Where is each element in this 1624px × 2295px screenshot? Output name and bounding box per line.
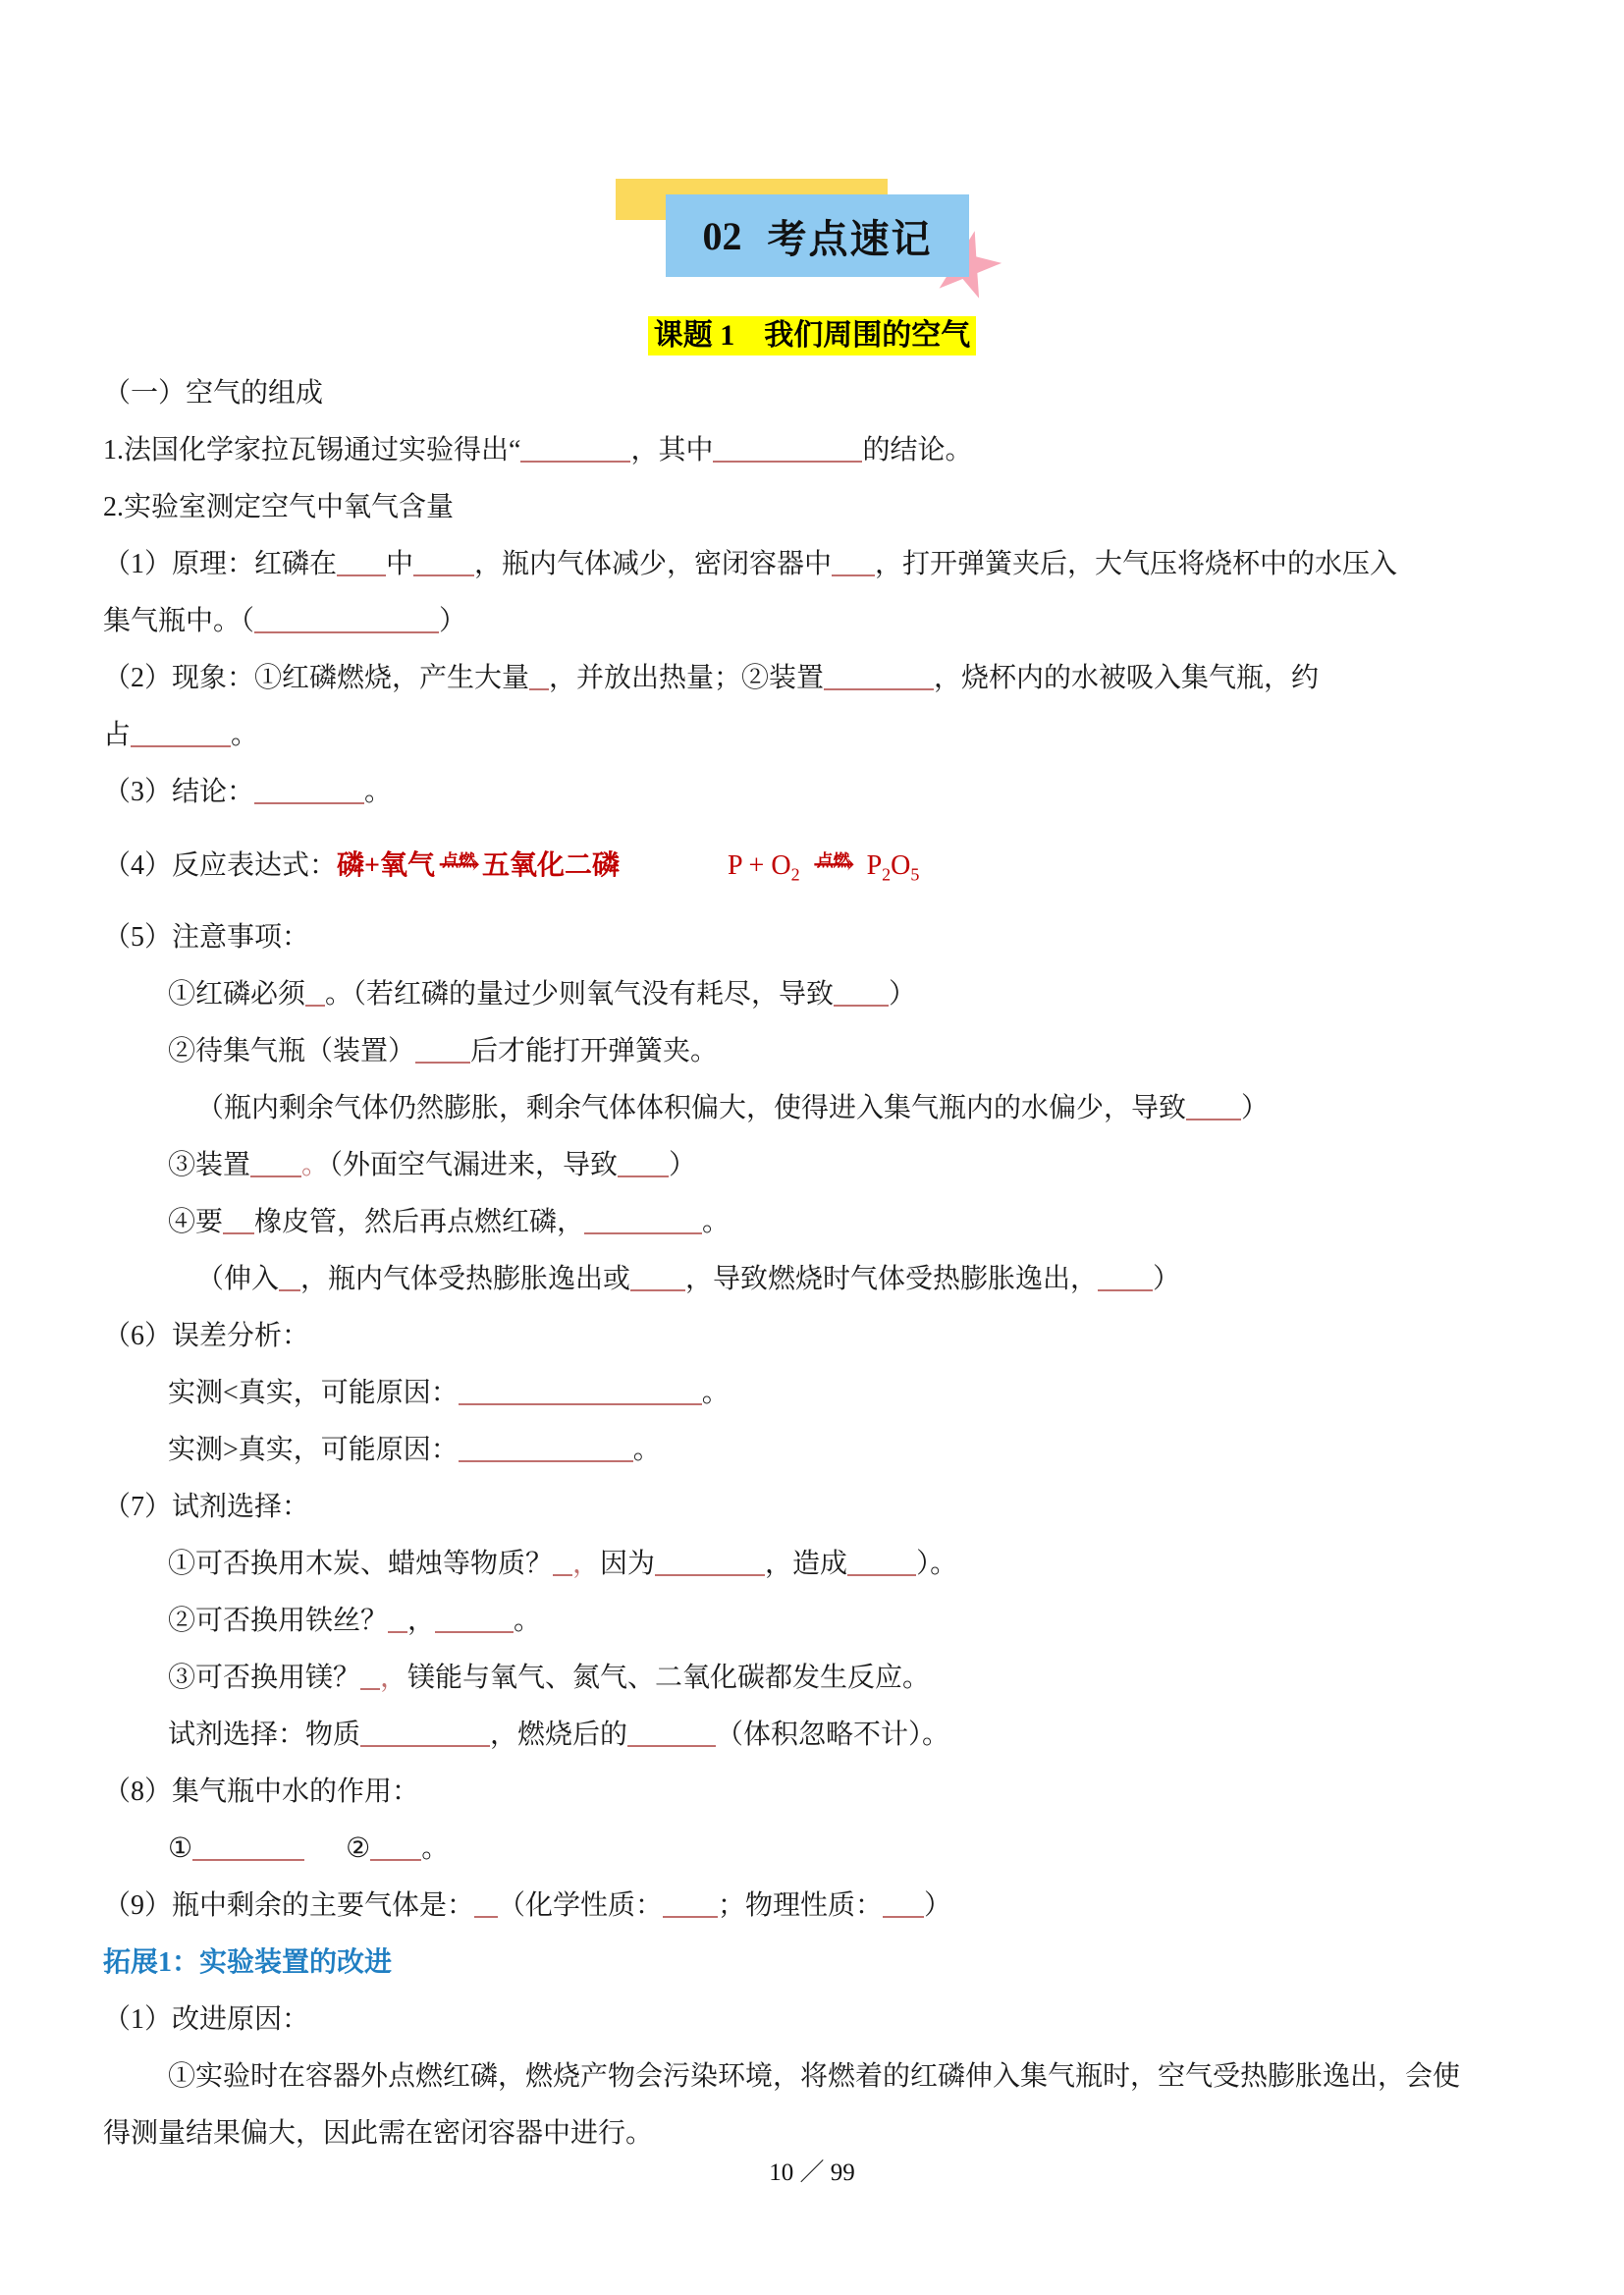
fill-in-blank [254, 773, 364, 804]
fill-in-blank [388, 1602, 407, 1633]
line-text: 实测<真实，可能原因： [168, 1378, 459, 1408]
content-line: （9）瓶中剩余的主要气体是：（化学性质：；物理性质：） [103, 1878, 1551, 1935]
line-text: ， [572, 1549, 600, 1579]
content-line: 1.法国化学家拉瓦锡通过实验得出“，其中的结论。 [103, 422, 1551, 479]
fill-in-blank [655, 1545, 765, 1576]
lesson-title: 课题 1 我们周围的空气 [648, 316, 977, 355]
content-line: 实测<真实，可能原因：。 [103, 1365, 1551, 1422]
line-text: （1）改进原因： [103, 2004, 309, 2035]
content-line: ①②。 [103, 1821, 1551, 1878]
line-text: ） [1153, 1264, 1180, 1294]
line-text: （7）试剂选择： [103, 1492, 309, 1522]
line-text: ） [439, 606, 466, 636]
chemical-subscript: 5 [910, 865, 919, 885]
line-text: （体积忽略不计）。 [716, 1720, 949, 1750]
line-text: ） [1241, 1093, 1269, 1123]
line-text: （1）原理：红磷在 [103, 549, 337, 579]
line-text: ，导致燃烧时气体受热膨胀逸出， [685, 1264, 1098, 1294]
content-line: （2）现象：①红磷燃烧，产生大量，并放出热量；②装置，烧杯内的水被吸入集气瓶，约 [103, 650, 1551, 707]
content-line: ①可否换用木炭、蜡烛等物质？，因为，造成）。 [103, 1536, 1551, 1593]
fill-in-blank [713, 431, 862, 463]
line-text: ②待集气瓶（装置） [168, 1036, 415, 1066]
line-text: 中 [386, 549, 413, 579]
fill-in-blank [360, 1716, 490, 1747]
line-text: ，瓶内气体减少，密闭容器中 [474, 549, 832, 579]
fill-in-blank [529, 659, 549, 690]
line-text: 。 [364, 777, 392, 807]
line-text: ， [380, 1663, 407, 1693]
line-text: 。 [702, 1207, 730, 1237]
content-line: （7）试剂选择： [103, 1479, 1551, 1536]
page-footer: 10 ／ 99 [0, 2153, 1624, 2188]
page-number: 10 ／ 99 [769, 2159, 855, 2186]
fill-in-blank [474, 1886, 498, 1918]
content-line: （瓶内剩余气体仍然膨胀，剩余气体体积偏大，使得进入集气瓶内的水偏少，导致） [103, 1080, 1551, 1137]
fill-in-blank [832, 545, 875, 576]
line-text: 后才能打开弹簧夹。 [470, 1036, 718, 1066]
fill-in-blank [413, 545, 474, 576]
content-line: ④要橡皮管，然后再点燃红磷，。 [103, 1194, 1551, 1251]
fill-in-blank [553, 1545, 572, 1576]
content-line: （一）空气的组成 [103, 365, 1551, 422]
content-line: ②待集气瓶（装置）后才能打开弹簧夹。 [103, 1023, 1551, 1080]
line-text: ，其中 [630, 435, 713, 465]
fill-in-blank [663, 1886, 718, 1918]
line-text: 2.实验室测定空气中氧气含量 [103, 492, 454, 522]
line-text: ①实验时在容器外点燃红磷，燃烧产物会污染环境，将燃着的红磷伸入集气瓶时，空气受热… [168, 2061, 1460, 2092]
fill-in-blank [250, 1146, 301, 1177]
line-text: ）。 [916, 1549, 957, 1579]
line-text: 。 [633, 1435, 661, 1465]
line-text: 集气瓶中。（ [103, 606, 254, 636]
line-text: （3）结论： [103, 777, 254, 807]
fill-in-blank [360, 1659, 380, 1690]
line-text: ，燃烧后的 [490, 1720, 627, 1750]
line-text: 因为 [600, 1549, 655, 1579]
content-line: （5）注意事项： [103, 909, 1551, 966]
content-line: ①实验时在容器外点燃红磷，燃烧产物会污染环境，将燃着的红磷伸入集气瓶时，空气受热… [103, 2049, 1551, 2105]
line-text: 。（若红磷的量过少则氧气没有耗尽，导致 [325, 979, 834, 1010]
content-line: （8）集气瓶中水的作用： [103, 1764, 1551, 1821]
lesson-title-row: 课题 1 我们周围的空气 [0, 316, 1624, 355]
line-text: 1.法国化学家拉瓦锡通过实验得出“ [103, 435, 520, 465]
fill-in-blank [834, 975, 889, 1007]
line-text: ③可否换用镁？ [168, 1663, 360, 1693]
content-line: ②可否换用铁丝？，。 [103, 1593, 1551, 1650]
line-text: （9）瓶中剩余的主要气体是： [103, 1890, 474, 1921]
line-text: （8）集气瓶中水的作用： [103, 1776, 419, 1807]
fill-in-blank [459, 1431, 633, 1462]
fill-in-blank [847, 1545, 916, 1576]
line-text: ，造成 [765, 1549, 847, 1579]
line-text: （一）空气的组成 [103, 378, 323, 409]
fill-in-blank [337, 545, 386, 576]
fill-in-blank [618, 1146, 669, 1177]
fill-in-blank [1186, 1089, 1241, 1120]
fill-in-blank [254, 602, 439, 633]
line-text: ① [168, 1833, 192, 1864]
fill-in-blank [192, 1830, 304, 1861]
fill-in-blank [131, 716, 231, 747]
equation-text: O [891, 850, 910, 881]
line-text: ② [346, 1833, 370, 1864]
fill-in-blank [415, 1032, 470, 1064]
fill-in-blank [435, 1602, 514, 1633]
fill-in-blank [279, 1260, 300, 1291]
line-text: ④要 [168, 1207, 223, 1237]
line-text: 的结论。 [862, 435, 972, 465]
line-text: ①可否换用木炭、蜡烛等物质？ [168, 1549, 553, 1579]
worksheet-page: { "header": { "badge_number": "02", "bad… [0, 0, 1624, 2295]
content-line: （伸入，瓶内气体受热膨胀逸出或，导致燃烧时气体受热膨胀逸出，） [103, 1251, 1551, 1308]
line-text: ，瓶内气体受热膨胀逸出或 [300, 1264, 630, 1294]
line-text: 。 [231, 720, 258, 750]
line-text: （6）误差分析： [103, 1321, 309, 1351]
reaction-condition-arrow: 点燃⟶ [438, 837, 479, 895]
fill-in-blank [370, 1830, 421, 1861]
content-line: 试剂选择：物质，燃烧后的（体积忽略不计）。 [103, 1707, 1551, 1764]
expand-heading-text: 拓展1：实验装置的改进 [103, 1947, 392, 1978]
fill-in-blank [223, 1203, 254, 1234]
line-text: ） [924, 1890, 951, 1921]
content-line: 2.实验室测定空气中氧气含量 [103, 479, 1551, 536]
line-text: ；物理性质： [718, 1890, 883, 1921]
line-text: ，烧杯内的水被吸入集气瓶，约 [934, 663, 1319, 693]
header-badge-title: 考点速记 [768, 208, 933, 264]
line-text: （瓶内剩余气体仍然膨胀，剩余气体体积偏大，使得进入集气瓶内的水偏少，导致 [196, 1093, 1186, 1123]
equation-text: P + O [728, 850, 791, 881]
fill-in-blank [630, 1260, 685, 1291]
line-text: （化学性质： [498, 1890, 663, 1921]
equation-text: P [867, 850, 883, 881]
content-line: ①红磷必须。（若红磷的量过少则氧气没有耗尽，导致） [103, 966, 1551, 1023]
chemical-subscript: 2 [882, 865, 891, 885]
content-line: （6）误差分析： [103, 1308, 1551, 1365]
line-text: ②可否换用铁丝？ [168, 1606, 388, 1636]
line-text: （外面空气漏进来，导致 [329, 1150, 618, 1180]
content-line: （1）改进原因： [103, 1992, 1551, 2049]
line-text: 占 [103, 720, 131, 750]
line-text: ） [669, 1150, 696, 1180]
line-text: 。 [301, 1150, 329, 1180]
line-text: ， [407, 1606, 435, 1636]
line-text: （2）现象：①红磷燃烧，产生大量 [103, 663, 529, 693]
content-line: 占。 [103, 707, 1551, 764]
content-line: 集气瓶中。（） [103, 593, 1551, 650]
reaction-condition-arrow: 点燃⟶ [813, 837, 854, 895]
content-line: ③装置。（外面空气漏进来，导致） [103, 1137, 1551, 1194]
line-text: 试剂选择：物质 [168, 1720, 360, 1750]
content-line: （4）反应表达式：磷+氧气点燃⟶五氧化二磷P + O2点燃⟶P2O5 [103, 821, 1551, 909]
chemical-subscript: 2 [791, 865, 800, 885]
fill-in-blank [627, 1716, 716, 1747]
line-text: ，并放出热量；②装置 [549, 663, 824, 693]
line-text: （伸入 [196, 1264, 279, 1294]
header-badge: 02 考点速记 [666, 194, 969, 277]
content-line: （1）原理：红磷在中，瓶内气体减少，密闭容器中，打开弹簧夹后，大气压将烧杯中的水… [103, 536, 1551, 593]
line-text: 。 [514, 1606, 541, 1636]
equation-text: 磷+氧气 [337, 850, 435, 881]
line-text: 实测>真实，可能原因： [168, 1435, 459, 1465]
fill-in-blank [305, 975, 325, 1007]
line-text: （5）注意事项： [103, 922, 309, 953]
line-text: （4）反应表达式： [103, 850, 337, 881]
fill-in-blank [883, 1886, 924, 1918]
content-line: 实测>真实，可能原因：。 [103, 1422, 1551, 1479]
line-text: 得测量结果偏大，因此需在密闭容器中进行。 [103, 2118, 653, 2149]
line-text: ，打开弹簧夹后，大气压将烧杯中的水压入 [875, 549, 1397, 579]
equation-text: 五氧化二磷 [482, 850, 620, 881]
fill-in-blank [459, 1374, 702, 1405]
line-text: ③装置 [168, 1150, 250, 1180]
line-text: 。 [702, 1378, 730, 1408]
line-text: 。 [421, 1833, 449, 1864]
content-line: （3）结论：。 [103, 764, 1551, 821]
line-text: ①红磷必须 [168, 979, 305, 1010]
fill-in-blank [584, 1203, 702, 1234]
fill-in-blank [1098, 1260, 1153, 1291]
content-line: 拓展1：实验装置的改进 [103, 1935, 1551, 1992]
line-text: 橡皮管，然后再点燃红磷， [254, 1207, 584, 1237]
fill-in-blank [824, 659, 934, 690]
header-badge-number: 02 [703, 213, 742, 259]
line-text: ） [889, 979, 916, 1010]
fill-in-blank [520, 431, 630, 463]
content-lines: （一）空气的组成1.法国化学家拉瓦锡通过实验得出“，其中的结论。2.实验室测定空… [103, 365, 1551, 2162]
line-text: 镁能与氧气、氮气、二氧化碳都发生反应。 [407, 1663, 930, 1693]
content-line: ③可否换用镁？，镁能与氧气、氮气、二氧化碳都发生反应。 [103, 1650, 1551, 1707]
